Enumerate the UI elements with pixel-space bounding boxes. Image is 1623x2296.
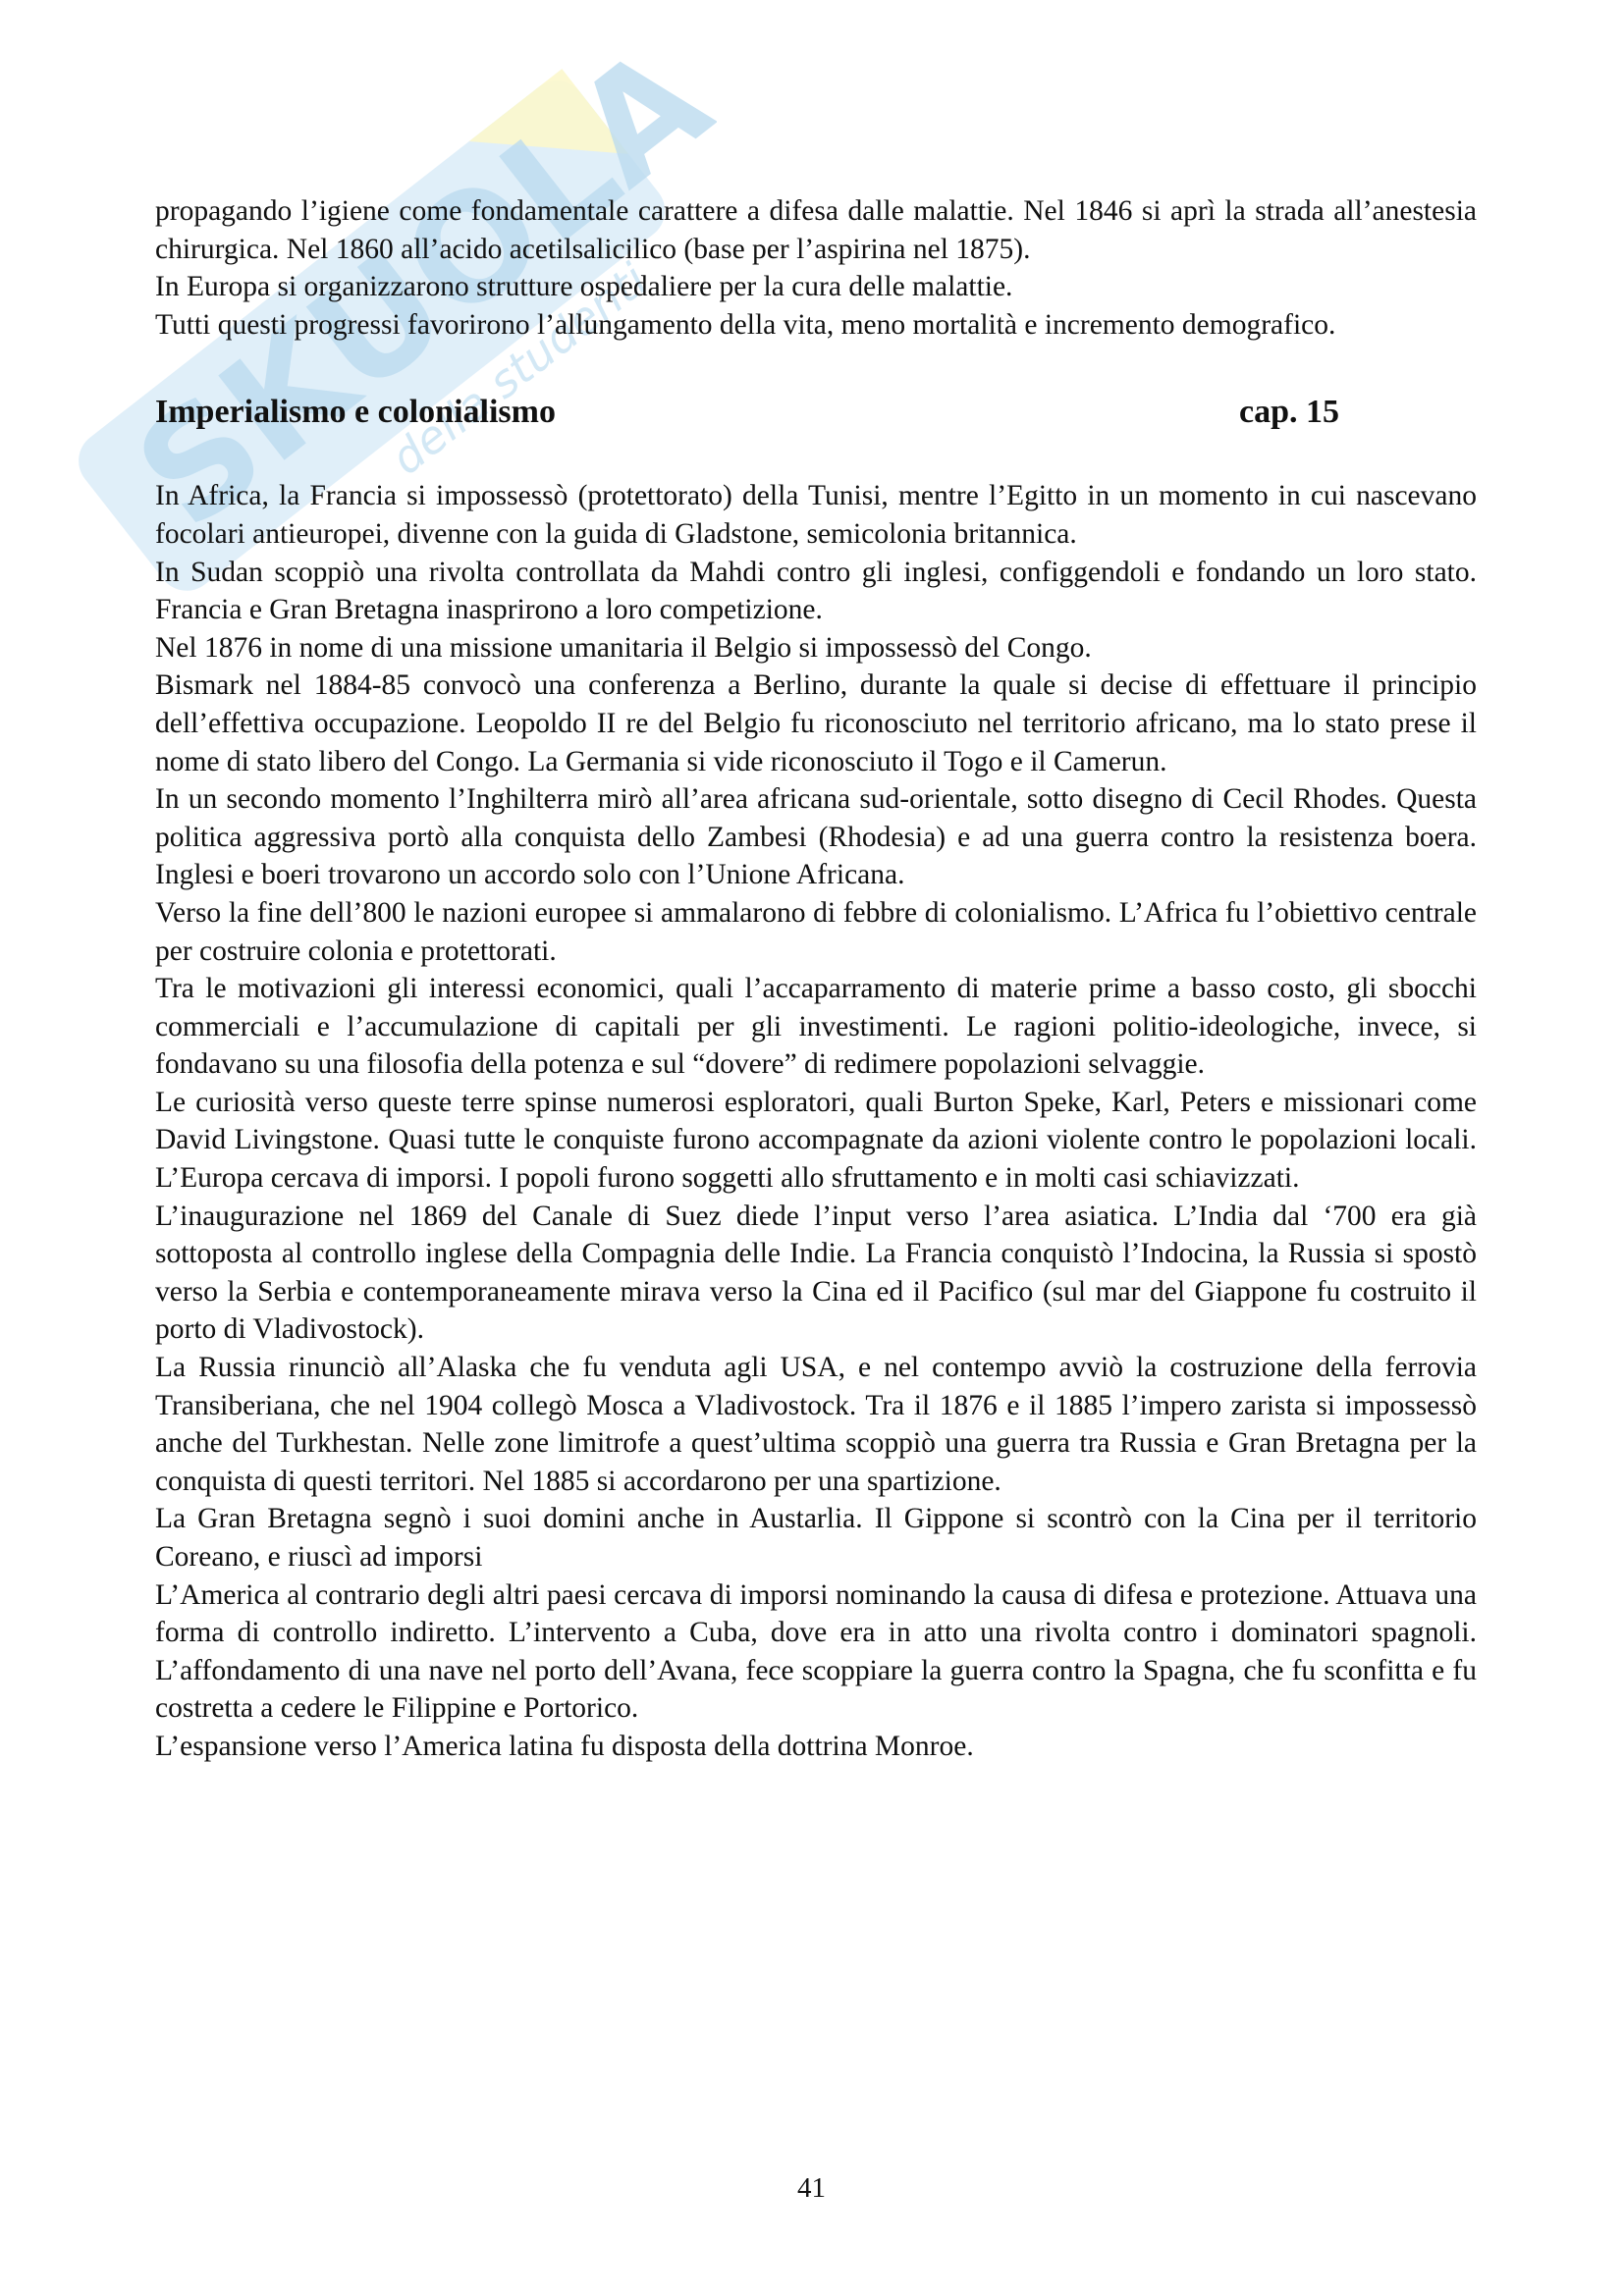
body-paragraph: Tra le motivazioni gli interessi economi…	[155, 970, 1477, 1084]
section-heading: Imperialismo e colonialismo cap. 15	[155, 393, 1339, 432]
body-paragraph: Bismark nel 1884-85 convocò una conferen…	[155, 667, 1477, 780]
intro-paragraph: Tutti questi progressi favorirono l’allu…	[155, 306, 1477, 345]
intro-paragraph: In Europa si organizzarono strutture osp…	[155, 268, 1477, 306]
page-number: 41	[0, 2170, 1623, 2206]
body-paragraph: La Gran Bretagna segnò i suoi domini anc…	[155, 1500, 1477, 1575]
body-paragraph: Verso la fine dell’800 le nazioni europe…	[155, 894, 1477, 970]
section-body: In Africa, la Francia si impossessò (pro…	[155, 477, 1477, 1765]
body-paragraph: In Africa, la Francia si impossessò (pro…	[155, 477, 1477, 553]
body-paragraph: L’America al contrario degli altri paesi…	[155, 1576, 1477, 1728]
chapter-label: cap. 15	[1239, 393, 1339, 432]
body-paragraph: Le curiosità verso queste terre spinse n…	[155, 1084, 1477, 1198]
body-paragraph: In un secondo momento l’Inghilterra mirò…	[155, 780, 1477, 894]
body-paragraph: La Russia rinunciò all’Alaska che fu ven…	[155, 1349, 1477, 1500]
body-paragraph: In Sudan scoppiò una rivolta controllata…	[155, 554, 1477, 629]
document-page: propagando l’igiene come fondamentale ca…	[155, 192, 1477, 1766]
body-paragraph: L’espansione verso l’America latina fu d…	[155, 1728, 1477, 1766]
body-paragraph: L’inaugurazione nel 1869 del Canale di S…	[155, 1198, 1477, 1349]
section-title: Imperialismo e colonialismo	[155, 393, 556, 432]
body-paragraph: Nel 1876 in nome di una missione umanita…	[155, 629, 1477, 667]
intro-paragraph: propagando l’igiene come fondamentale ca…	[155, 192, 1477, 268]
intro-section: propagando l’igiene come fondamentale ca…	[155, 192, 1477, 344]
